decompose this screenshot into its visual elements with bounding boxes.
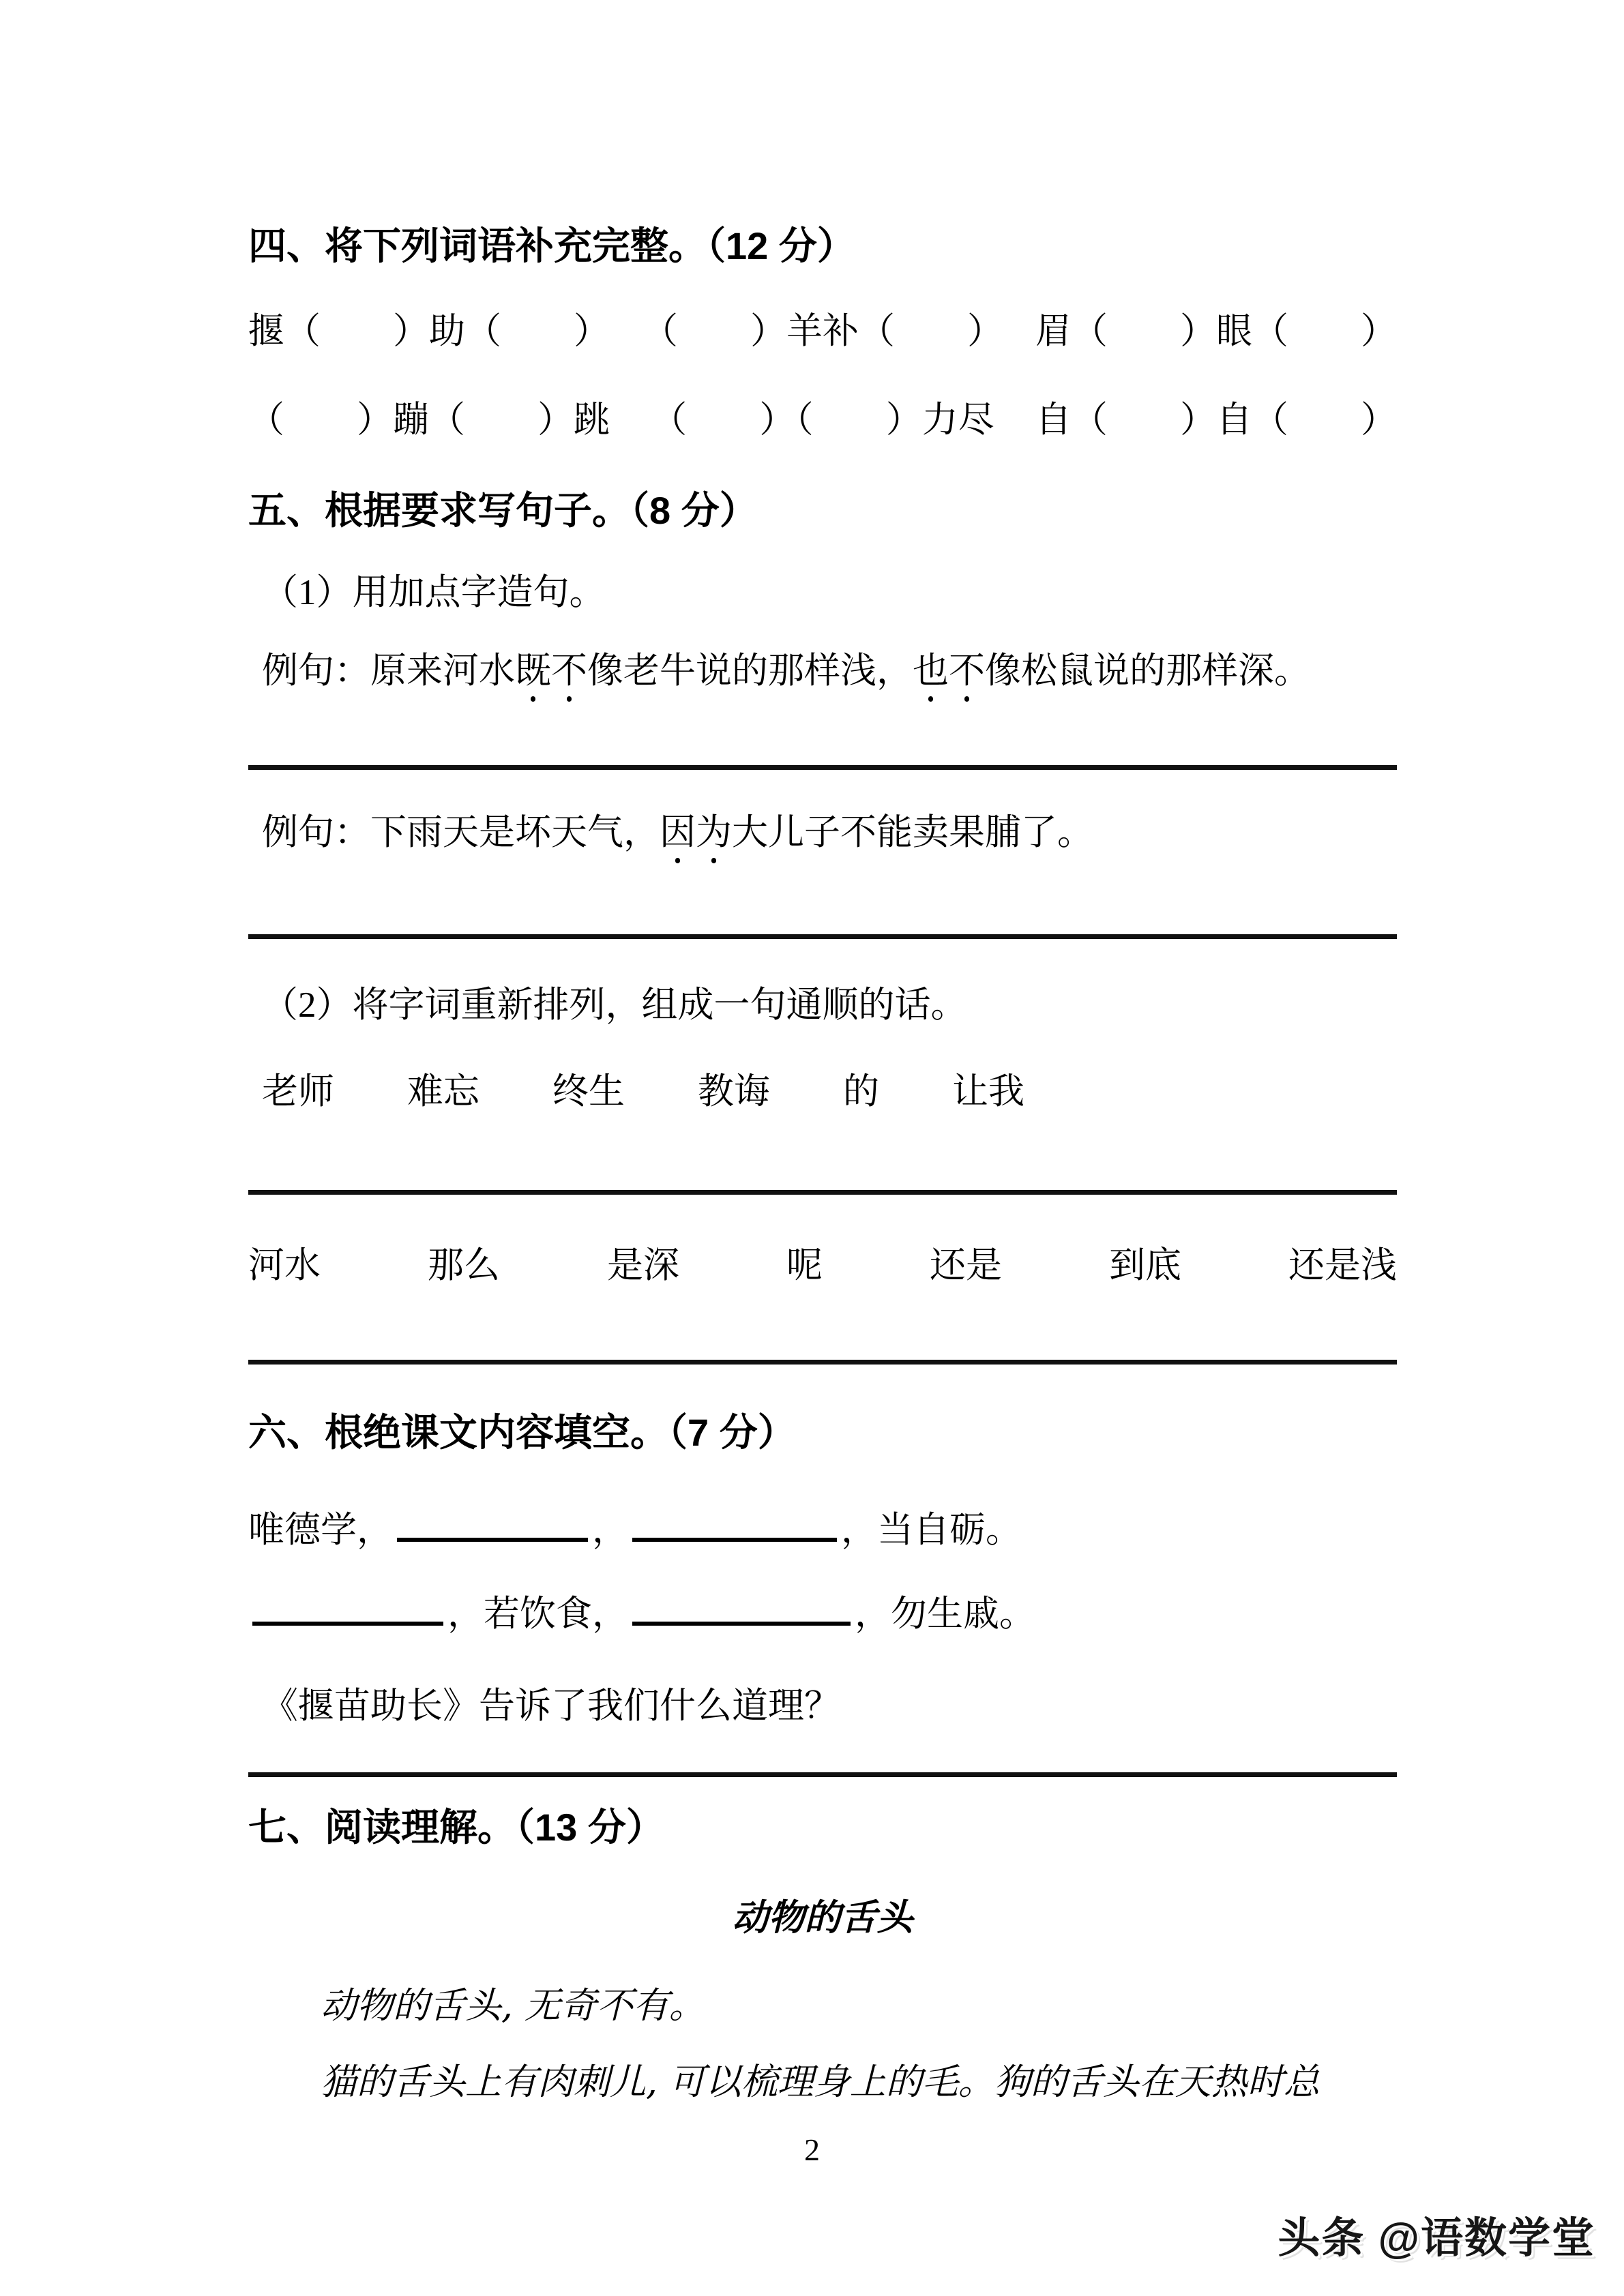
text-segment: ，若饮食， <box>447 1594 628 1634</box>
word-item: 终生 <box>552 1071 625 1113</box>
answer-line <box>248 1360 1397 1365</box>
word-item: 老师 <box>262 1071 334 1113</box>
blank-line <box>252 1587 443 1626</box>
page-content: 四、将下列词语补充完整。（12 分） 揠（ ）助（ ） （ ）羊补（ ） 眉（ … <box>248 0 1397 2104</box>
word-fill-row-2: （ ）蹦（ ）跳 （ ）（ ）力尽 自（ ）自（ ） <box>248 399 1397 441</box>
sentence-segment: 例句：下雨天是坏天气， <box>262 813 660 852</box>
sentence-segment: 例句：原来河水 <box>262 651 515 691</box>
word-item: 的 <box>843 1071 879 1113</box>
emphasized-chars: 也不 <box>913 651 985 691</box>
passage-paragraph-1: 动物的舌头, 无奇不有。 <box>248 1985 1397 2027</box>
sub-question-1: （1）用加点字造句。 <box>248 571 1397 614</box>
word-group: 自（ ）自（ ） <box>1035 399 1397 441</box>
word-item: 教诲 <box>698 1071 770 1113</box>
passage-paragraph-2: 猫的舌头上有肉刺儿, 可以梳理身上的毛。狗的舌头在天热时总 <box>248 2061 1397 2104</box>
sentence-segment: 大儿子不能卖果脯了。 <box>732 813 1093 852</box>
blank-line <box>397 1504 588 1542</box>
word-item: 还是浅 <box>1288 1244 1397 1287</box>
text-segment: ， <box>592 1510 628 1550</box>
emphasized-chars: 因为 <box>660 813 732 852</box>
answer-line <box>248 765 1397 770</box>
word-group: 眉（ ）眼（ ） <box>1035 310 1397 353</box>
word-item: 让我 <box>952 1071 1024 1113</box>
word-item: 河水 <box>248 1244 321 1287</box>
reading-question: 《揠苗助长》告诉了我们什么道理？ <box>248 1685 1397 1727</box>
word-group: （ ）羊补（ ） <box>642 310 1003 353</box>
text-segment: ，当自砺。 <box>841 1510 1022 1550</box>
passage-title: 动物的舌头 <box>248 1896 1397 1939</box>
word-item: 那么 <box>428 1244 500 1287</box>
fill-blank-line-2: ，若饮食，，勿生戚。 <box>248 1587 1397 1635</box>
word-group: 揠（ ）助（ ） <box>248 310 610 353</box>
word-group: （ ）（ ）力尽 <box>651 399 994 441</box>
scrambled-words-row-2: 河水 那么 是深 呢 还是 到底 还是浅 <box>248 1244 1397 1287</box>
answer-line <box>248 1190 1397 1195</box>
word-fill-row-1: 揠（ ）助（ ） （ ）羊补（ ） 眉（ ）眼（ ） <box>248 310 1397 353</box>
answer-line <box>248 934 1397 939</box>
word-group: （ ）蹦（ ）跳 <box>248 399 610 441</box>
blank-line <box>632 1587 851 1626</box>
answer-line <box>248 1772 1397 1777</box>
word-item: 呢 <box>786 1244 823 1287</box>
scrambled-words-row-1: 老师 难忘 终生 教诲 的 让我 <box>248 1071 1397 1113</box>
example-sentence-2: 例句：下雨天是坏天气，因为大儿子不能卖果脯了。 <box>248 811 1397 854</box>
text-segment: 唯德学， <box>248 1510 393 1550</box>
emphasized-chars: 既不 <box>515 651 587 691</box>
section-four-title: 四、将下列词语补充完整。（12 分） <box>248 225 1397 267</box>
fill-blank-line-1: 唯德学，，，当自砺。 <box>248 1504 1397 1551</box>
example-sentence-1: 例句：原来河水既不像老牛说的那样浅，也不像松鼠说的那样深。 <box>248 650 1397 692</box>
section-five-title: 五、根据要求写句子。（8 分） <box>248 490 1397 532</box>
sentence-segment: 像松鼠说的那样深。 <box>985 651 1310 691</box>
word-item: 难忘 <box>407 1071 479 1113</box>
page-number: 2 <box>0 2133 1624 2167</box>
sentence-segment: 像老牛说的那样浅， <box>587 651 913 691</box>
section-six-title: 六、根绝课文内容填空。（7 分） <box>248 1412 1397 1454</box>
section-seven-title: 七、阅读理解。（13 分） <box>248 1806 1397 1849</box>
blank-line <box>632 1504 837 1542</box>
word-item: 到底 <box>1109 1244 1181 1287</box>
word-item: 是深 <box>607 1244 679 1287</box>
exam-page: { "page": { "number": "2", "watermark": … <box>0 0 1624 2296</box>
watermark: 头条 @语数学堂 <box>1278 2215 1595 2263</box>
text-segment: ，勿生戚。 <box>855 1594 1035 1634</box>
word-item: 还是 <box>930 1244 1002 1287</box>
sub-question-2: （2）将字词重新排列，组成一句通顺的话。 <box>248 984 1397 1026</box>
